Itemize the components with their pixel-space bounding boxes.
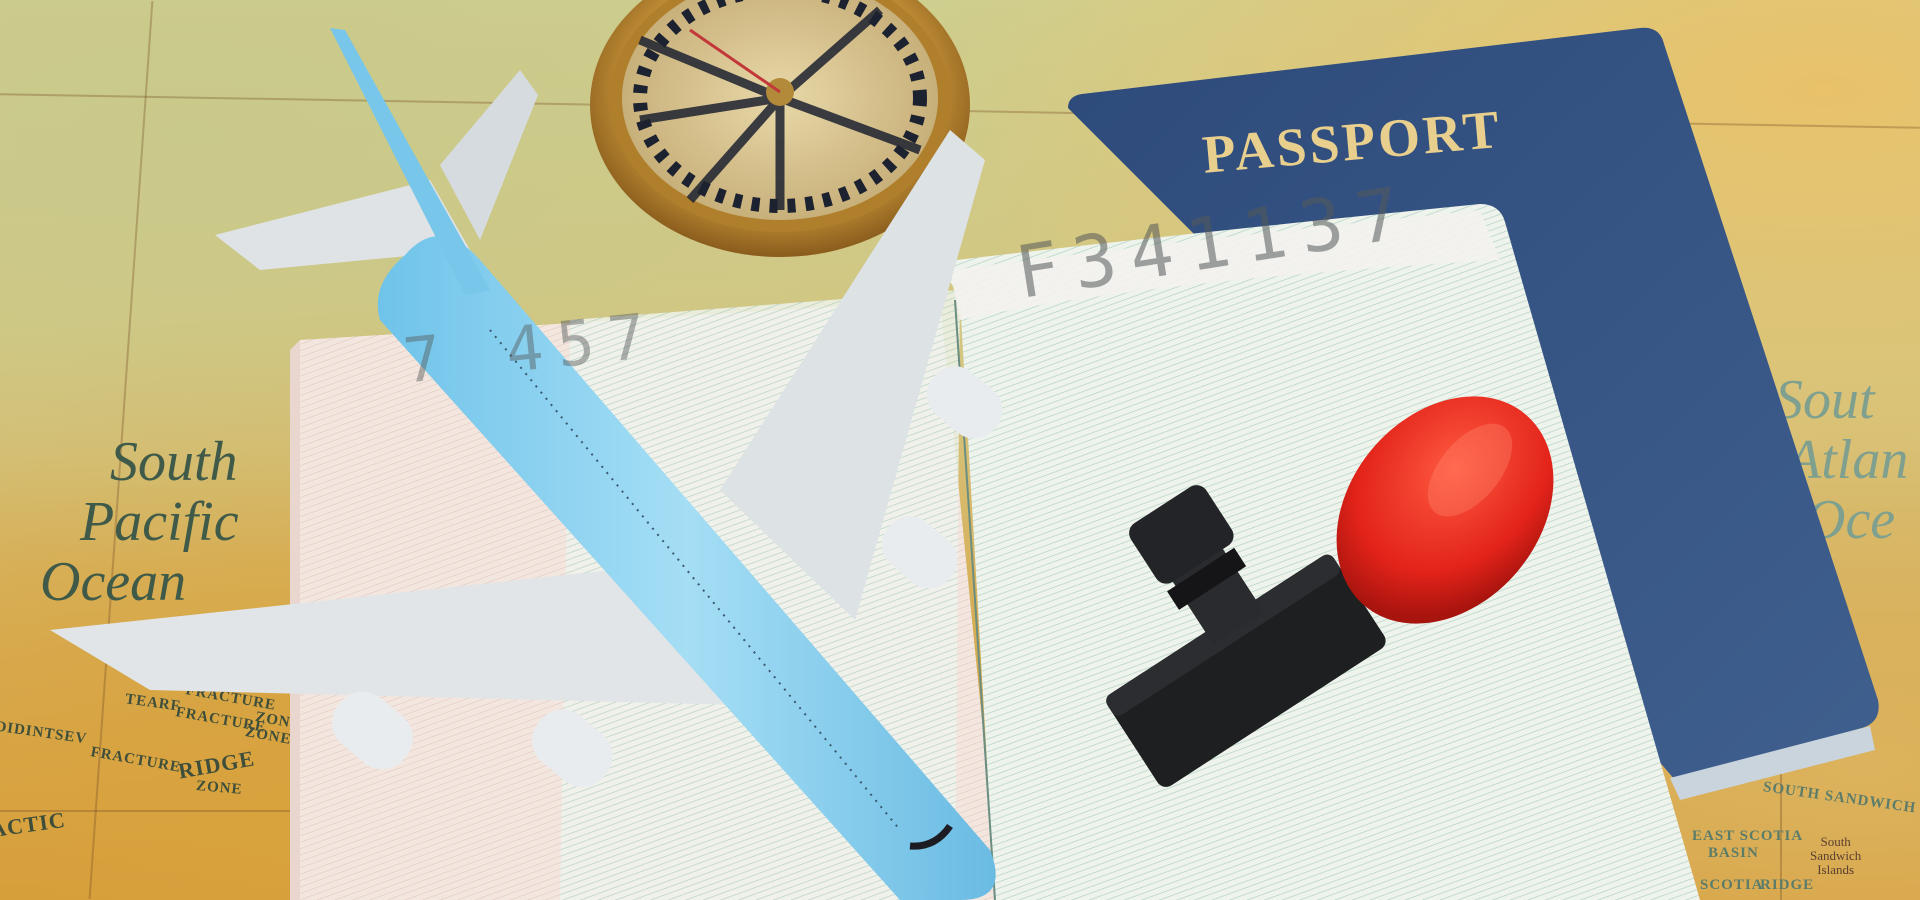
- objects-layer: [0, 0, 1920, 900]
- photo-scene: South Pacific Ocean Sout Atlan Oce TEARF…: [0, 0, 1920, 900]
